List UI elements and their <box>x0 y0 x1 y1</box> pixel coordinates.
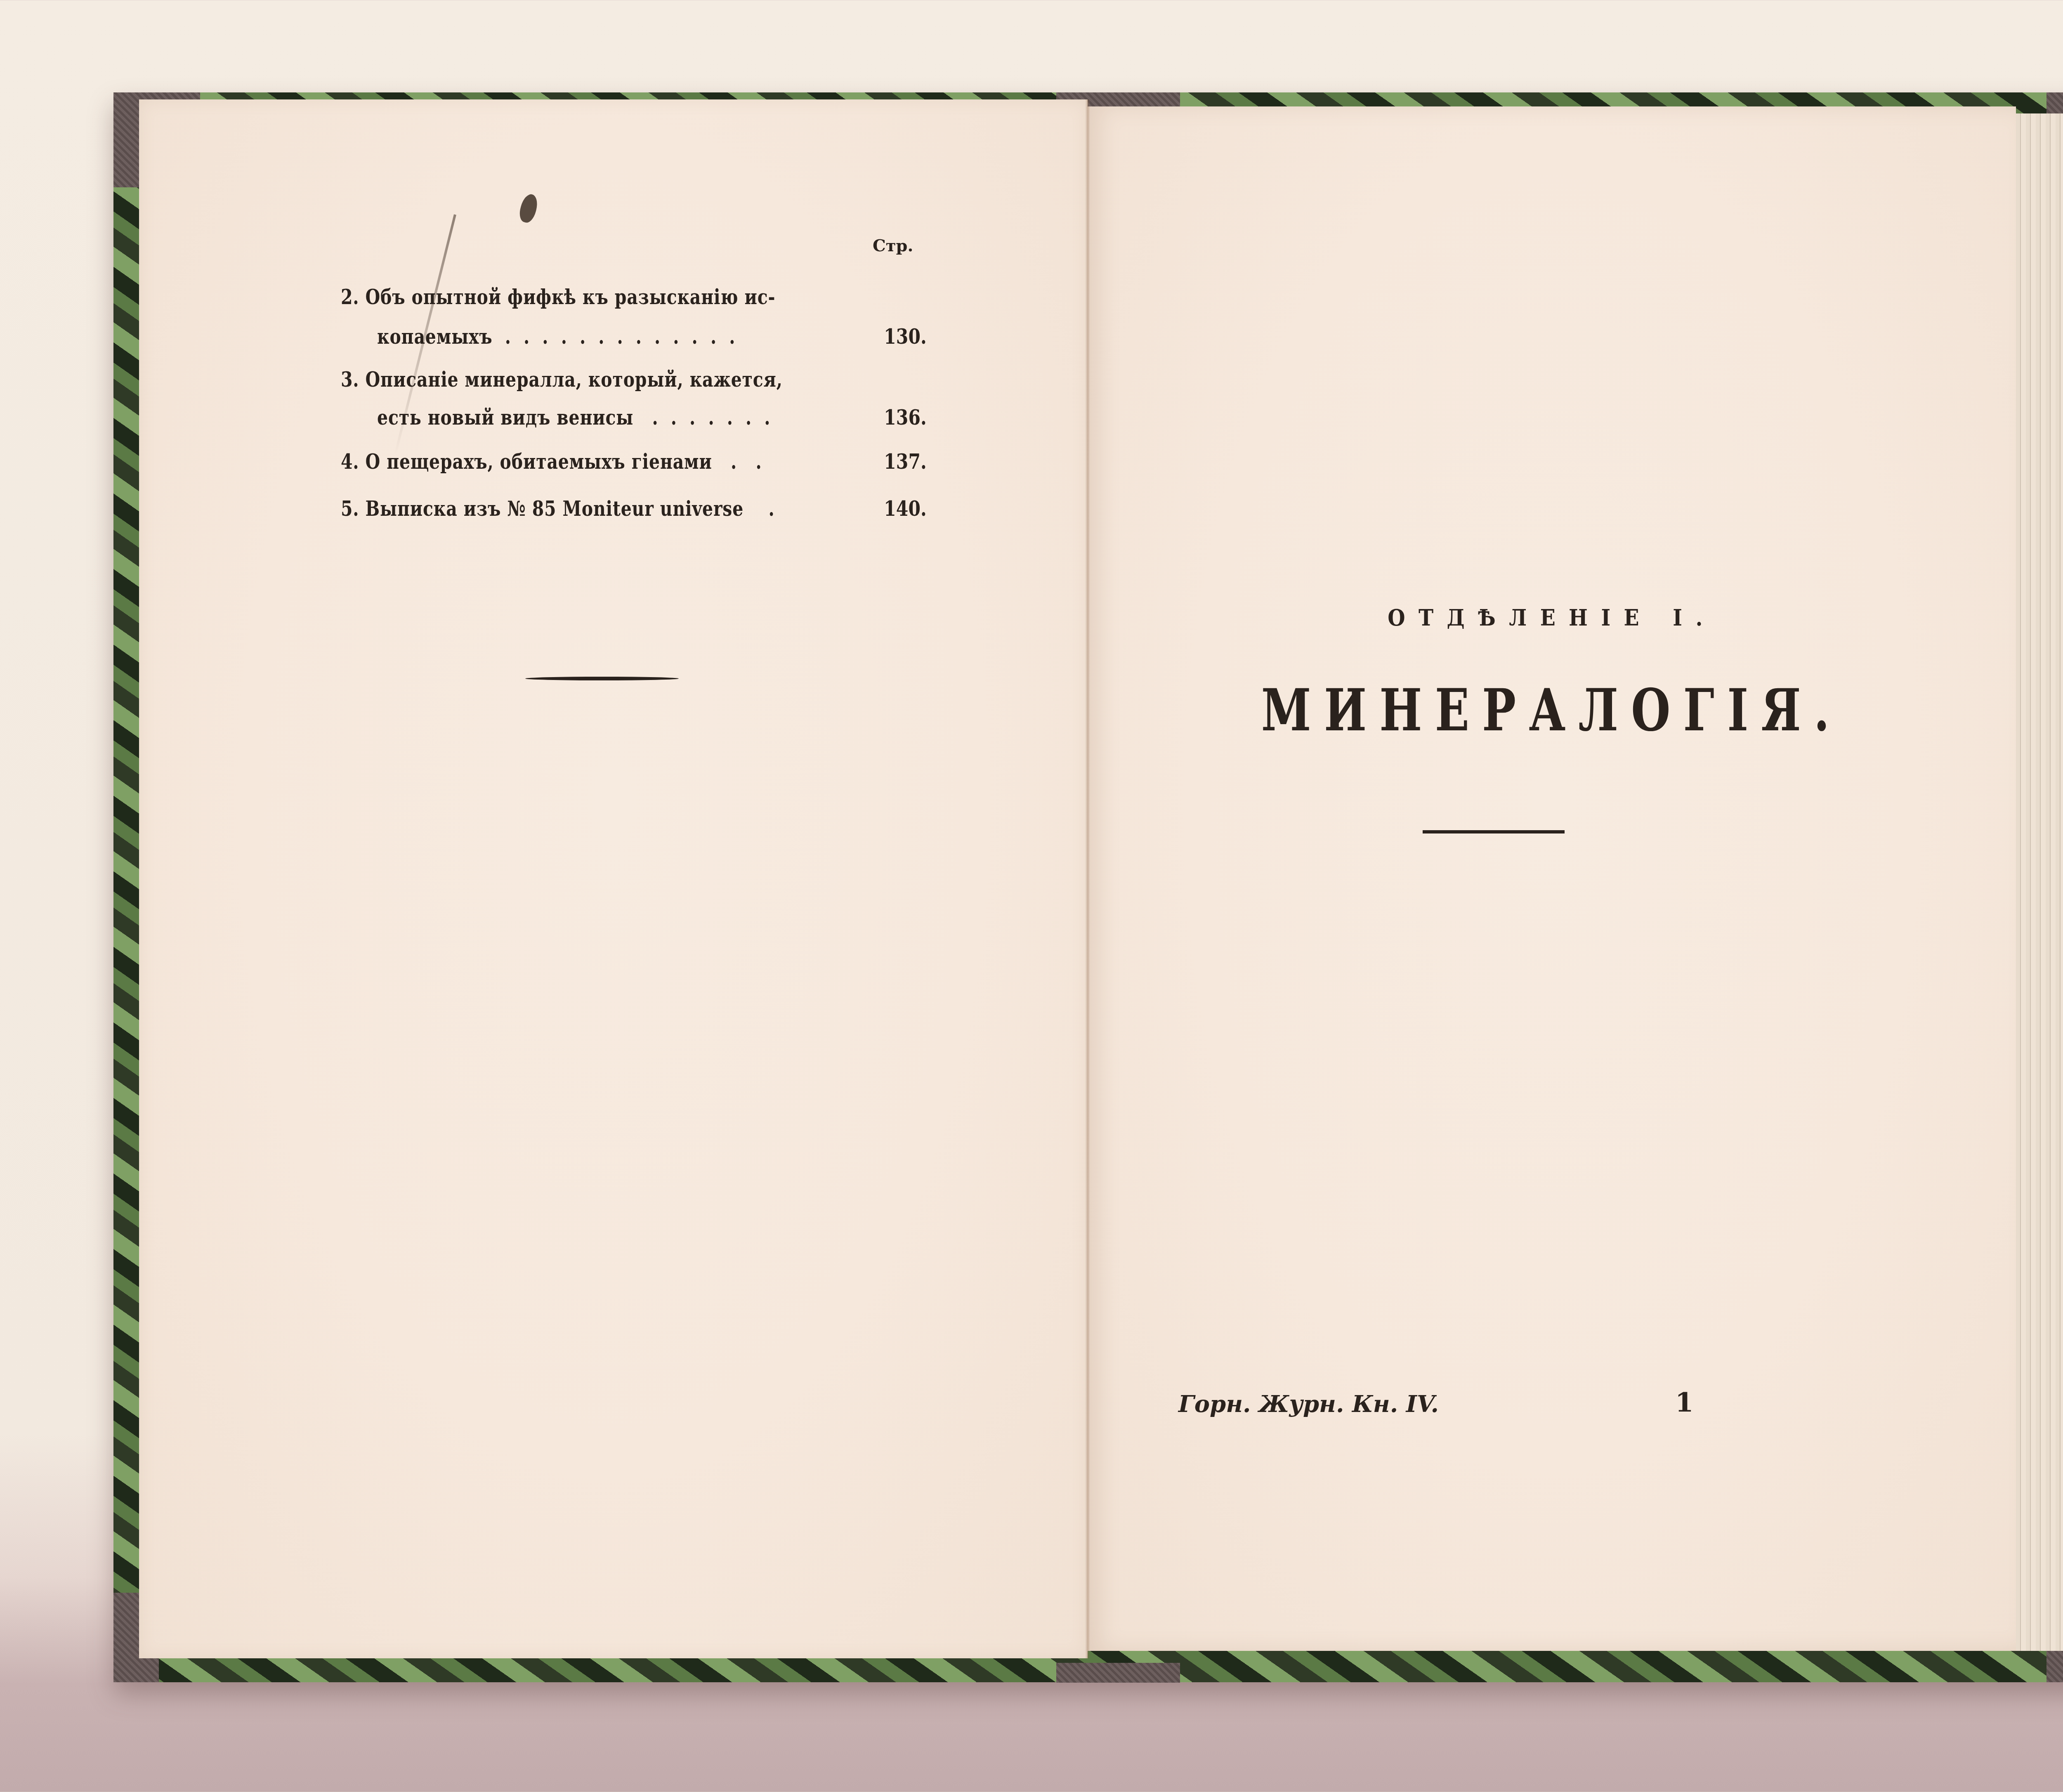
page-column-header: Стр. <box>873 236 913 255</box>
toc-entry-5: 5. Выписка изъ № 85 Moniteur universe . … <box>341 496 927 525</box>
gutter <box>1085 99 1090 1658</box>
toc-title-line: Выписка изъ № 85 Moniteur universe <box>366 496 744 521</box>
toc-number: 4. <box>341 449 359 474</box>
toc-page-number: 140. <box>884 496 927 521</box>
toc-entry-4: 4. О пещерахъ, обитаемыхъ гіенами . . 13… <box>341 449 927 478</box>
decorative-rule <box>525 677 679 680</box>
toc-leader: . . <box>718 449 762 474</box>
page-block-edge <box>2016 113 2063 1651</box>
toc-entry-2-cont: копаемыхъ . . . . . . . . . . . . . 130. <box>341 324 927 353</box>
toc-leader: . <box>750 496 774 521</box>
spine-bottom <box>1056 1663 1180 1683</box>
toc-entry-3: 3. Описаніе минералла, который, кажется, <box>341 367 927 396</box>
toc-number: 5. <box>341 496 359 521</box>
toc-number: 2. <box>341 285 359 309</box>
right-page <box>1088 106 2016 1651</box>
decorative-rule <box>1423 830 1565 833</box>
section-label: ОТДѢЛЕНІЕ I. <box>1134 604 1970 631</box>
toc-entry-3-cont: есть новый видъ венисы . . . . . . . 136… <box>341 405 927 434</box>
toc-title-line: Объ опытной фифкѣ къ разысканію ис- <box>366 285 776 309</box>
section-title: МИНЕРАЛОГІЯ. <box>1190 677 1914 744</box>
signature-mark: Горн. Журн. Кн. IV. <box>1178 1391 1439 1418</box>
toc-title-line: О пещерахъ, обитаемыхъ гіенами <box>366 449 712 474</box>
toc-leader: . . . . . . . <box>640 405 770 430</box>
toc-page-number: 137. <box>884 449 927 474</box>
toc-title-line: Описаніе минералла, который, кажется, <box>366 367 783 392</box>
gathering-number: 1 <box>1675 1387 1694 1418</box>
toc-entry-2: 2. Объ опытной фифкѣ къ разысканію ис- <box>341 285 927 314</box>
toc-title-line: есть новый видъ венисы <box>377 405 633 430</box>
toc-title-line: копаемыхъ <box>377 324 493 349</box>
toc-leader: . . . . . . . . . . . . . <box>499 324 736 349</box>
toc-page-number: 136. <box>884 405 927 430</box>
toc-number: 3. <box>341 367 359 392</box>
toc-page-number: 130. <box>884 324 927 349</box>
